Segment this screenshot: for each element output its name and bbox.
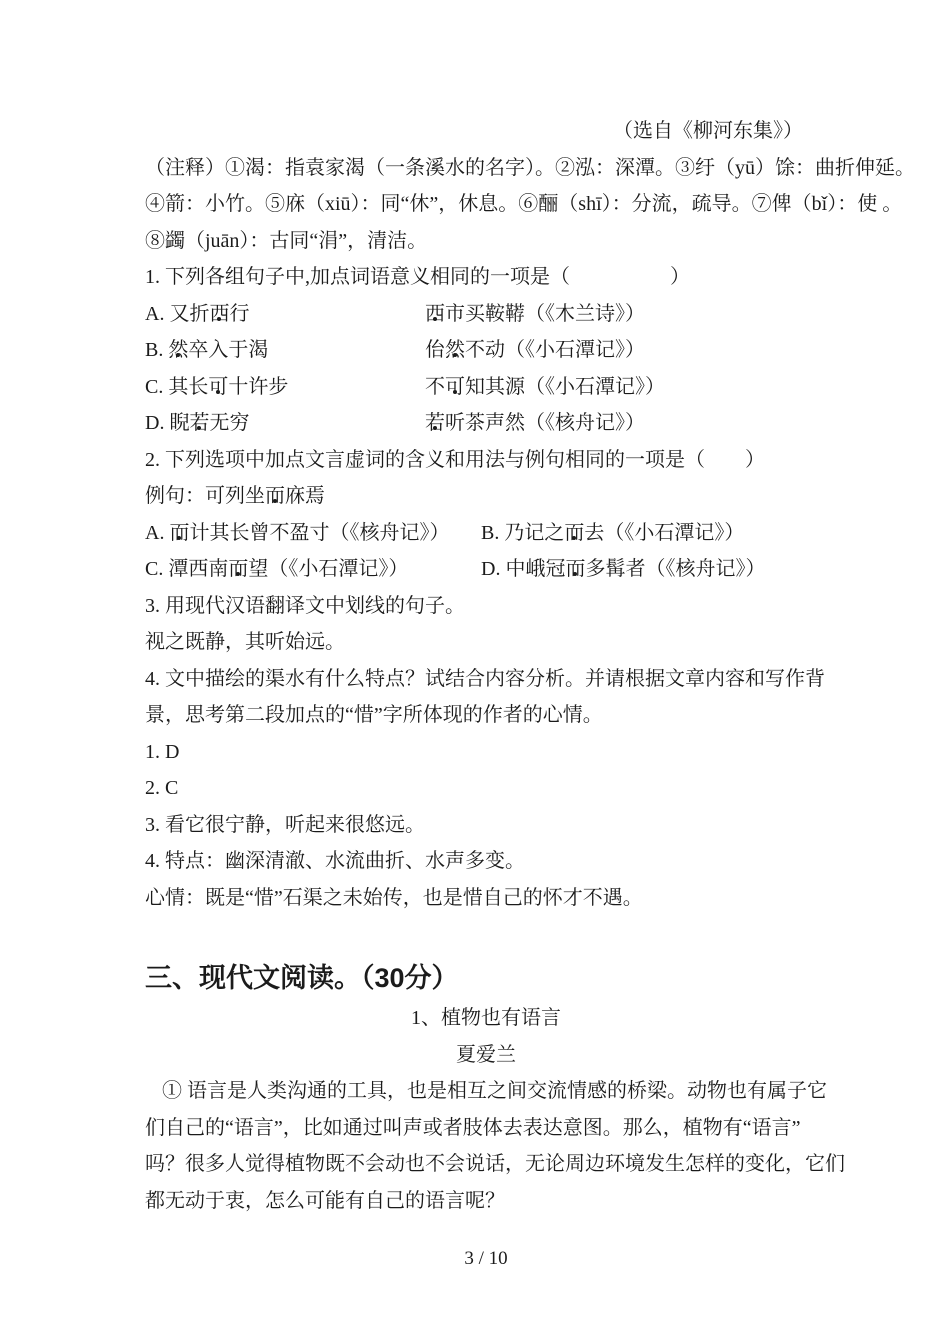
document-lines: （选自《柳河东集》）（注释）①渴：指袁家渴（一条溪水的名字）。②泓：深潭。③纡（… [145,113,827,1219]
question-4-stem-line-2: 景，思考第二段加点的“惜”字所体现的作者的心情。 [145,697,827,734]
emphasis-dotted-char: 而 [169,522,189,544]
notes-line-2: ④箭：小竹。⑤庥（xiū）：同“休”，休息。⑥酾（shī）：分流，疏导。⑦俾（b… [145,186,827,223]
question-1-option-d: D. 睨若无穷若听茶声然（《核舟记》） [145,405,827,442]
emphasis-dotted-char: 而 [565,558,585,580]
answer-2: 2. C [145,770,827,807]
emphasis-dotted-char: 若 [189,412,209,434]
answer-3: 3. 看它很宁静，听起来很悠远。 [145,807,827,844]
emphasis-dotted-char: 若 [425,412,445,434]
question-2-options-ab-left: A. 而计其长曾不盈寸（《核舟记》） [145,515,481,552]
question-2-options-cd: C. 潭西南而望（《小石潭记》）D. 中峨冠而多髯者（《核舟记》） [145,551,827,588]
notes-line-1: （注释）①渴：指袁家渴（一条溪水的名字）。②泓：深潭。③纡（yū）馀：曲折伸延。 [145,150,827,187]
passage-paragraph-line-3: 吗？很多人觉得植物既不会动也不会说话，无论周边环境发生怎样的变化，它们 [145,1146,827,1183]
answer-4-features: 4. 特点：幽深清澈、水流曲折、水声多变。 [145,843,827,880]
question-1-option-b-right: 佁然不动（《小石潭记》） [425,332,645,369]
question-1-option-c-right: 不可知其源（《小石潭记》） [425,369,665,406]
question-1-option-d-right: 若听茶声然（《核舟记》） [425,405,645,442]
question-1-option-a-right: 西市买鞍鞯（《木兰诗》） [425,296,645,333]
emphasis-dotted-char: 而 [265,485,285,507]
passage-paragraph-line-2: 们自己的“语言”，比如通过叫声或者肢体去表达意图。那么，植物有“语言” [145,1110,827,1147]
emphasis-dotted-char: 西 [209,303,229,325]
emphasis-dotted-char: 然 [168,339,188,361]
emphasis-dotted-char: 而 [564,522,584,544]
question-1-option-c: C. 其长可十许步不可知其源（《小石潭记》） [145,369,827,406]
question-2-example: 例句：可列坐而庥焉 [145,478,827,515]
question-2-options-ab: A. 而计其长曾不盈寸（《核舟记》）B. 乃记之而去（《小石潭记》） [145,515,827,552]
emphasis-dotted-char: 可 [208,376,228,398]
question-1-option-d-left: D. 睨若无穷 [145,405,425,442]
emphasis-dotted-char: 可 [445,376,465,398]
passage-paragraph-line-4: 都无动于衷，怎么可能有自己的语言呢？ [145,1183,827,1220]
exam-paper-page: （选自《柳河东集》）（注释）①渴：指袁家渴（一条溪水的名字）。②泓：深潭。③纡（… [0,0,950,1344]
passage-author: 夏爱兰 [145,1037,827,1074]
question-1-option-a-left: A. 又折西行 [145,296,425,333]
notes-line-3: ⑧蠲（juān）：古同“涓”，清洁。 [145,223,827,260]
question-4-stem-line-1: 4. 文中描绘的渠水有什么特点？试结合内容分析。并请根据文章内容和写作背 [145,661,827,698]
emphasis-dotted-char: 而 [228,558,248,580]
question-1-option-a: A. 又折西行西市买鞍鞯（《木兰诗》） [145,296,827,333]
document-body: （选自《柳河东集》）（注释）①渴：指袁家渴（一条溪水的名字）。②泓：深潭。③纡（… [0,0,827,1278]
source-attribution: （选自《柳河东集》） [145,113,827,150]
question-1-option-c-left: C. 其长可十许步 [145,369,425,406]
passage-paragraph-line-1: ① 语言是人类沟通的工具，也是相互之间交流情感的桥梁。动物也有属子它 [145,1073,827,1110]
question-1-stem: 1. 下列各组句子中,加点词语意义相同的一项是（ ） [145,259,827,296]
question-1-option-b-left: B. 然卒入于渴 [145,332,425,369]
question-2-options-ab-right: B. 乃记之而去（《小石潭记》） [481,515,744,552]
emphasis-dotted-char: 然 [445,339,465,361]
answer-1: 1. D [145,734,827,771]
passage-title: 1、植物也有语言 [145,1000,827,1037]
question-3-sentence: 视之既静，其听始远。 [145,624,827,661]
question-2-options-cd-right: D. 中峨冠而多髯者（《核舟记》） [481,551,765,588]
page-number: 3 / 10 [145,1241,827,1278]
answer-4-feeling: 心情：既是“惜”石渠之未始传，也是惜自己的怀才不遇。 [145,880,827,917]
section-3-heading: 三、现代文阅读。（30分） [145,956,827,1000]
question-3-stem: 3. 用现代汉语翻译文中划线的句子。 [145,588,827,625]
question-2-options-cd-left: C. 潭西南而望（《小石潭记》） [145,551,481,588]
emphasis-dotted-char: 西 [425,303,445,325]
question-1-option-b: B. 然卒入于渴佁然不动（《小石潭记》） [145,332,827,369]
question-2-stem: 2. 下列选项中加点文言虚词的含义和用法与例句相同的一项是（ ） [145,442,827,479]
